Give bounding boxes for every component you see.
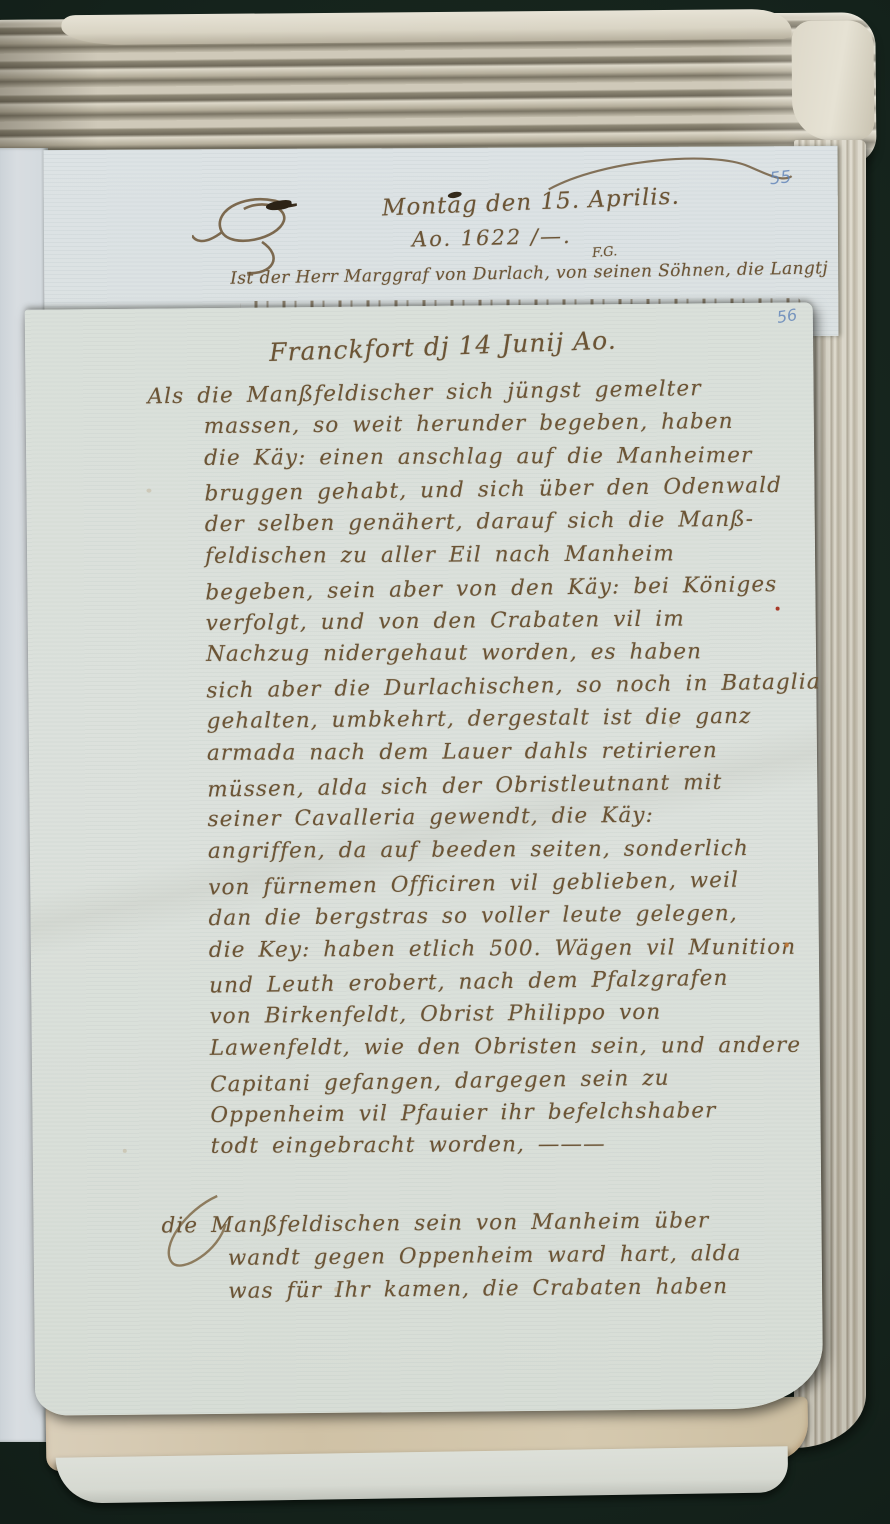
stack-right-corner-sheet xyxy=(791,20,874,141)
folio-number-main-page: 56 xyxy=(776,305,799,327)
handwritten-line: feldischen zu aller Eil nach Manheim xyxy=(149,538,809,574)
handwritten-line: Nachzug nidergehaut worden, es haben xyxy=(150,636,810,672)
foxing-spot xyxy=(123,1149,127,1153)
foxing-spot xyxy=(334,1287,339,1292)
date-heading-line2: Ao. 1622 /—. xyxy=(412,224,572,252)
paraph-flourish xyxy=(192,186,352,277)
handwritten-line: todt eingebracht worden, ——— xyxy=(155,1128,815,1164)
letter-paragraph-2: die Manßfeldischen sein von Manheim über… xyxy=(161,1204,822,1309)
date-heading-line1: Montag den 15. Aprilis. xyxy=(381,184,680,222)
interlinear-insertion: F.G. xyxy=(592,244,618,261)
handwritten-line: armada nach dem Lauer dahls retirieren xyxy=(151,734,811,770)
letter-dateline: Franckfort dj 14 Junij Ao. xyxy=(269,326,618,367)
manuscript-photo: Montag den 15. Aprilis. Ao. 1622 /—. F.G… xyxy=(0,0,890,1524)
top-sheet-edge xyxy=(61,9,791,45)
handwritten-line: angriffen, da auf beeden seiten, sonderl… xyxy=(152,833,812,869)
letter-paragraph-1: Als die Manßfeldischer sich jüngst gemel… xyxy=(147,372,815,1165)
foxing-spot xyxy=(146,489,151,493)
foxing-spot xyxy=(669,724,673,728)
handwritten-line: was für Ihr kamen, die Crabaten haben xyxy=(162,1270,822,1309)
foxing-speck xyxy=(785,943,789,948)
main-letter-page: 56 Franckfort dj 14 Junij Ao. Als die Ma… xyxy=(25,302,824,1416)
folio-number-under-page: 55 xyxy=(769,167,793,189)
handwritten-line: Lawenfeldt, wie den Obristen sein, und a… xyxy=(154,1030,814,1066)
red-ink-speck xyxy=(776,607,780,611)
